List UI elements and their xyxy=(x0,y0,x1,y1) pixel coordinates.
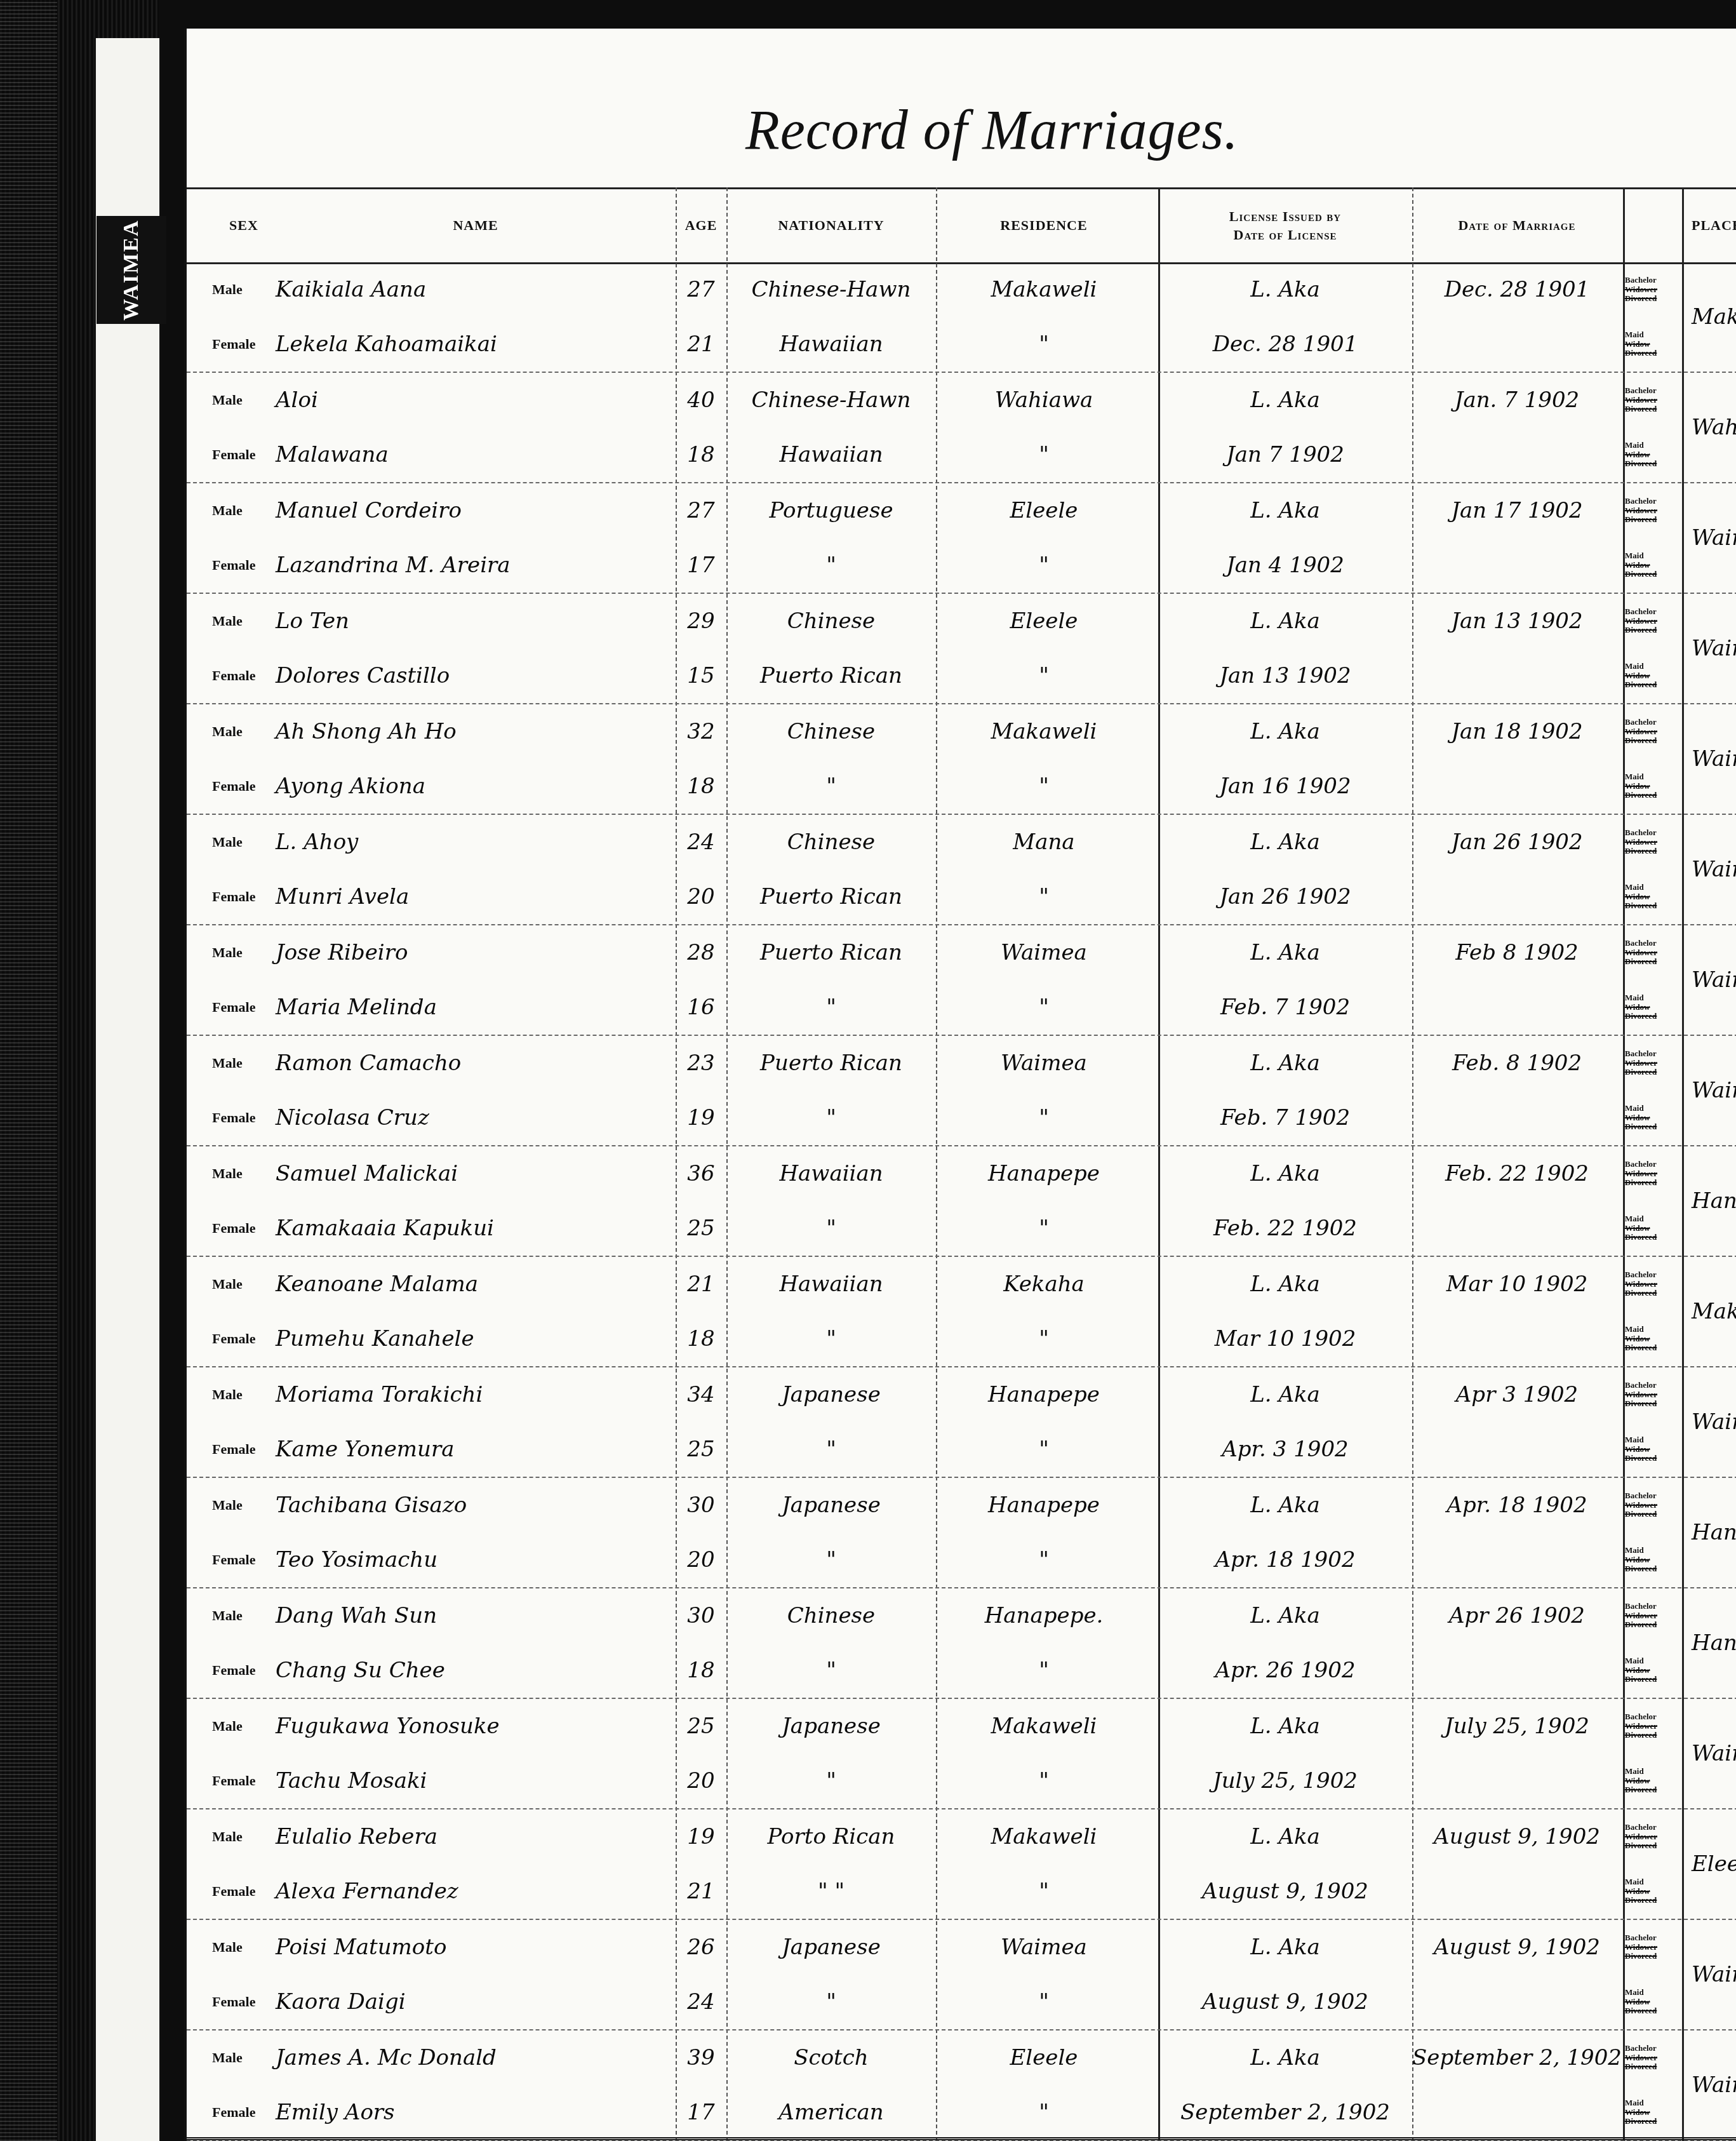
sex: Male xyxy=(212,1146,276,1201)
nationality: Chinese xyxy=(726,815,936,869)
groom-row: Male Jose Ribeiro 28 Puerto Rican Waimea… xyxy=(187,925,1736,980)
sex: Male xyxy=(212,1699,276,1754)
index-tab-strip xyxy=(94,38,161,2141)
status-option: Widower xyxy=(1625,1390,1682,1400)
date-of-license: Apr. 18 1902 xyxy=(1158,1533,1412,1587)
status-option: Divorced xyxy=(1625,1178,1682,1188)
status-option: Divorced xyxy=(1625,1122,1682,1132)
bride-row: Female Nicolasa Cruz 19 " " Feb. 7 1902 … xyxy=(187,1091,1736,1145)
age: 21 xyxy=(676,1864,726,1919)
status-option: Divorced xyxy=(1625,1952,1682,1961)
date-of-license: August 9, 1902 xyxy=(1158,1864,1412,1919)
status-option: Maid xyxy=(1625,1656,1682,1666)
status-option: Divorced xyxy=(1625,1068,1682,1077)
residence: Hanapepe xyxy=(936,1146,1152,1201)
age: 30 xyxy=(676,1588,726,1643)
sex: Female xyxy=(212,2085,276,2140)
date-of-license: Feb. 22 1902 xyxy=(1158,1201,1412,1256)
license-issued-by: L. Aka xyxy=(1158,925,1412,980)
sex: Male xyxy=(212,1036,276,1091)
age: 18 xyxy=(676,1312,726,1366)
date-of-license: Feb. 7 1902 xyxy=(1158,980,1412,1035)
status-option: Widower xyxy=(1625,285,1682,295)
bride-status-options: MaidWidowDivorced xyxy=(1625,1312,1682,1366)
header-residence: RESIDENCE xyxy=(936,189,1152,262)
date-of-marriage: Jan 18 1902 xyxy=(1412,704,1622,759)
status-option: Divorced xyxy=(1625,349,1682,358)
status-option: Widow xyxy=(1625,892,1682,902)
marriage-entry: Male Keanoane Malama 21 Hawaiian Kekaha … xyxy=(187,1257,1736,1367)
sex: Female xyxy=(212,1643,276,1698)
status-option: Maid xyxy=(1625,1546,1682,1555)
place-of-ceremony: Waimea xyxy=(1692,1920,1736,2029)
status-option: Maid xyxy=(1625,993,1682,1003)
age: 20 xyxy=(676,1754,726,1808)
status-option: Widow xyxy=(1625,1887,1682,1896)
date-of-license: Jan 4 1902 xyxy=(1158,538,1412,593)
nationality: Chinese xyxy=(726,1588,936,1643)
status-option: Maid xyxy=(1625,1325,1682,1334)
age: 39 xyxy=(676,2030,726,2085)
status-option: Divorced xyxy=(1625,791,1682,800)
status-option: Divorced xyxy=(1625,570,1682,579)
status-option: Bachelor xyxy=(1625,276,1682,285)
date-of-license: September 2, 1902 xyxy=(1158,2085,1412,2140)
bride-status-options: MaidWidowDivorced xyxy=(1625,759,1682,814)
sex: Female xyxy=(212,648,276,703)
status-option: Widower xyxy=(1625,948,1682,958)
sex: Female xyxy=(212,1975,276,2029)
date-of-license: Jan 13 1902 xyxy=(1158,648,1412,703)
nationality: " xyxy=(726,1091,936,1145)
residence: Eleele xyxy=(936,594,1152,648)
sex: Female xyxy=(212,317,276,372)
date-of-marriage: August 9, 1902 xyxy=(1412,1920,1622,1975)
residence: " xyxy=(936,2085,1152,2140)
status-option: Divorced xyxy=(1625,2006,1682,2016)
groom-status-options: BachelorWidowerDivorced xyxy=(1625,594,1682,648)
license-issued-by: L. Aka xyxy=(1158,1036,1412,1091)
license-issued-by: L. Aka xyxy=(1158,1588,1412,1643)
age: 24 xyxy=(676,815,726,869)
nationality: Hawaiian xyxy=(726,1146,936,1201)
age: 19 xyxy=(676,1809,726,1864)
date-of-marriage: Apr. 18 1902 xyxy=(1412,1478,1622,1533)
residence: Eleele xyxy=(936,483,1152,538)
bride-row: Female Maria Melinda 16 " " Feb. 7 1902 … xyxy=(187,980,1736,1035)
residence: " xyxy=(936,1312,1152,1366)
bride-row: Female Teo Yosimachu 20 " " Apr. 18 1902… xyxy=(187,1533,1736,1587)
status-option: Widow xyxy=(1625,1555,1682,1565)
status-option: Widower xyxy=(1625,1943,1682,1952)
status-option: Widower xyxy=(1625,1280,1682,1289)
residence: " xyxy=(936,980,1152,1035)
status-option: Divorced xyxy=(1625,901,1682,911)
residence: " xyxy=(936,1422,1152,1477)
bride-row: Female Emily Aors 17 American " Septembe… xyxy=(187,2085,1736,2140)
status-option: Widower xyxy=(1625,396,1682,405)
nationality: Hawaiian xyxy=(726,1257,936,1312)
groom-row: Male Dang Wah Sun 30 Chinese Hanapepe. L… xyxy=(187,1588,1736,1643)
place-of-ceremony: Makaweli xyxy=(1692,1257,1736,1366)
marriage-entry: Male L. Ahoy 24 Chinese Mana L. Aka Jan … xyxy=(187,815,1736,925)
sex: Female xyxy=(212,1312,276,1366)
header-date-of-marriage: Date of Marriage xyxy=(1412,189,1622,262)
residence: " xyxy=(936,538,1152,593)
groom-status-options: BachelorWidowerDivorced xyxy=(1625,1257,1682,1312)
groom-status-options: BachelorWidowerDivorced xyxy=(1625,2030,1682,2085)
status-option: Widow xyxy=(1625,1997,1682,2007)
header-license: License Issued by Date of License xyxy=(1158,189,1412,262)
groom-row: Male Ramon Camacho 23 Puerto Rican Waime… xyxy=(187,1036,1736,1091)
status-option: Bachelor xyxy=(1625,607,1682,617)
bride-row: Female Alexa Fernandez 21 " " " August 9… xyxy=(187,1864,1736,1919)
age: 16 xyxy=(676,980,726,1035)
nationality: Chinese-Hawn xyxy=(726,262,936,317)
sex: Male xyxy=(212,2030,276,2085)
nationality: Portuguese xyxy=(726,483,936,538)
status-option: Bachelor xyxy=(1625,1491,1682,1501)
nationality: Puerto Rican xyxy=(726,1036,936,1091)
residence: " xyxy=(936,1864,1152,1919)
bride-row: Female Lazandrina M. Areira 17 " " Jan 4… xyxy=(187,538,1736,593)
status-option: Bachelor xyxy=(1625,1933,1682,1943)
date-of-marriage: Mar 10 1902 xyxy=(1412,1257,1622,1312)
nationality: Chinese xyxy=(726,594,936,648)
marriage-entry: Male Ah Shong Ah Ho 32 Chinese Makaweli … xyxy=(187,704,1736,815)
residence: " xyxy=(936,869,1152,924)
groom-status-options: BachelorWidowerDivorced xyxy=(1625,815,1682,869)
nationality: " xyxy=(726,1643,936,1698)
status-option: Maid xyxy=(1625,1435,1682,1445)
place-of-ceremony: Waimea xyxy=(1692,815,1736,924)
residence: " xyxy=(936,1975,1152,2029)
sex: Male xyxy=(212,1478,276,1533)
date-of-marriage: Jan 13 1902 xyxy=(1412,594,1622,648)
license-issued-by: L. Aka xyxy=(1158,2030,1412,2085)
license-issued-by: L. Aka xyxy=(1158,373,1412,427)
sex: Female xyxy=(212,1091,276,1145)
status-option: Divorced xyxy=(1625,1399,1682,1409)
page-bottom-rule xyxy=(187,2137,1736,2140)
status-option: Divorced xyxy=(1625,2062,1682,2072)
bride-status-options: MaidWidowDivorced xyxy=(1625,1201,1682,1256)
date-of-license: July 25, 1902 xyxy=(1158,1754,1412,1808)
date-of-marriage: Feb. 8 1902 xyxy=(1412,1036,1622,1091)
status-option: Divorced xyxy=(1625,736,1682,746)
sex: Female xyxy=(212,1864,276,1919)
status-option: Widow xyxy=(1625,1445,1682,1454)
header-nationality: NATIONALITY xyxy=(726,189,936,262)
marriage-entry: Male Poisi Matumoto 26 Japanese Waimea L… xyxy=(187,1920,1736,2030)
groom-row: Male Lo Ten 29 Chinese Eleele L. Aka Jan… xyxy=(187,594,1736,648)
age: 15 xyxy=(676,648,726,703)
sex: Male xyxy=(212,815,276,869)
header-name: NAME xyxy=(276,189,676,262)
bride-status-options: MaidWidowDivorced xyxy=(1625,869,1682,924)
nationality: " xyxy=(726,538,936,593)
age: 28 xyxy=(676,925,726,980)
bride-status-options: MaidWidowDivorced xyxy=(1625,1091,1682,1145)
groom-row: Male Poisi Matumoto 26 Japanese Waimea L… xyxy=(187,1920,1736,1975)
age: 21 xyxy=(676,317,726,372)
status-option: Divorced xyxy=(1625,1454,1682,1463)
marriage-entry: Male Samuel Malickai 36 Hawaiian Hanapep… xyxy=(187,1146,1736,1257)
age: 18 xyxy=(676,1643,726,1698)
place-of-ceremony: Waimea xyxy=(1692,594,1736,703)
groom-status-options: BachelorWidowerDivorced xyxy=(1625,925,1682,980)
residence: Kekaha xyxy=(936,1257,1152,1312)
status-option: Divorced xyxy=(1625,1675,1682,1684)
marriage-entry: Male Dang Wah Sun 30 Chinese Hanapepe. L… xyxy=(187,1588,1736,1699)
age: 26 xyxy=(676,1920,726,1975)
date-of-license: Apr. 26 1902 xyxy=(1158,1643,1412,1698)
bride-status-options: MaidWidowDivorced xyxy=(1625,1643,1682,1698)
license-issued-by: L. Aka xyxy=(1158,1478,1412,1533)
status-option: Widower xyxy=(1625,1832,1682,1842)
nationality: Scotch xyxy=(726,2030,936,2085)
age: 27 xyxy=(676,262,726,317)
license-issued-by: L. Aka xyxy=(1158,815,1412,869)
license-issued-by: L. Aka xyxy=(1158,1257,1412,1312)
groom-status-options: BachelorWidowerDivorced xyxy=(1625,1146,1682,1201)
marriage-entry: Male Ramon Camacho 23 Puerto Rican Waime… xyxy=(187,1036,1736,1146)
age: 24 xyxy=(676,1975,726,2029)
groom-row: Male Fugukawa Yonosuke 25 Japanese Makaw… xyxy=(187,1699,1736,1754)
date-of-marriage: Jan. 7 1902 xyxy=(1412,373,1622,427)
status-option: Widow xyxy=(1625,340,1682,349)
status-option: Maid xyxy=(1625,1767,1682,1776)
sex: Male xyxy=(212,704,276,759)
residence: Waimea xyxy=(936,1920,1152,1975)
sex: Male xyxy=(212,1809,276,1864)
status-option: Widower xyxy=(1625,1722,1682,1731)
status-option: Maid xyxy=(1625,883,1682,892)
groom-row: Male Tachibana Gisazo 30 Japanese Hanape… xyxy=(187,1478,1736,1533)
status-option: Divorced xyxy=(1625,1289,1682,1298)
status-option: Bachelor xyxy=(1625,1823,1682,1832)
status-option: Bachelor xyxy=(1625,1049,1682,1059)
residence: Makaweli xyxy=(936,1699,1152,1754)
status-option: Divorced xyxy=(1625,1564,1682,1574)
sex: Male xyxy=(212,1367,276,1422)
bride-row: Female Tachu Mosaki 20 " " July 25, 1902… xyxy=(187,1754,1736,1808)
groom-status-options: BachelorWidowerDivorced xyxy=(1625,1036,1682,1091)
place-of-ceremony: Waimea xyxy=(1692,483,1736,593)
groom-status-options: BachelorWidowerDivorced xyxy=(1625,1478,1682,1533)
nationality: " xyxy=(726,1533,936,1587)
nationality: Puerto Rican xyxy=(726,869,936,924)
groom-row: Male Moriama Torakichi 34 Japanese Hanap… xyxy=(187,1367,1736,1422)
groom-status-options: BachelorWidowerDivorced xyxy=(1625,1809,1682,1864)
nationality: Puerto Rican xyxy=(726,648,936,703)
sex: Female xyxy=(212,1422,276,1477)
nationality: Hawaiian xyxy=(726,427,936,482)
date-of-marriage: Jan 17 1902 xyxy=(1412,483,1622,538)
bride-status-options: MaidWidowDivorced xyxy=(1625,648,1682,703)
status-option: Divorced xyxy=(1625,515,1682,525)
sex: Male xyxy=(212,483,276,538)
status-option: Widower xyxy=(1625,1501,1682,1510)
groom-row: Male Aloi 40 Chinese-Hawn Wahiawa L. Aka… xyxy=(187,373,1736,427)
status-option: Widow xyxy=(1625,782,1682,791)
status-option: Bachelor xyxy=(1625,497,1682,506)
bride-row: Female Kamakaaia Kapukui 25 " " Feb. 22 … xyxy=(187,1201,1736,1256)
residence: " xyxy=(936,317,1152,372)
license-issued-by: L. Aka xyxy=(1158,594,1412,648)
status-option: Maid xyxy=(1625,330,1682,340)
residence: " xyxy=(936,759,1152,814)
date-of-license: Dec. 28 1901 xyxy=(1158,317,1412,372)
status-option: Maid xyxy=(1625,551,1682,561)
tab-label-text: WAIMEA xyxy=(119,219,144,320)
age: 40 xyxy=(676,373,726,427)
status-option: Divorced xyxy=(1625,405,1682,414)
status-option: Maid xyxy=(1625,1988,1682,1997)
status-option: Divorced xyxy=(1625,1510,1682,1519)
status-option: Widow xyxy=(1625,450,1682,460)
sex: Female xyxy=(212,427,276,482)
status-option: Bachelor xyxy=(1625,386,1682,396)
residence: Wahiawa xyxy=(936,373,1152,427)
bride-row: Female Pumehu Kanahele 18 " " Mar 10 190… xyxy=(187,1312,1736,1366)
sex: Female xyxy=(212,1201,276,1256)
bride-status-options: MaidWidowDivorced xyxy=(1625,1422,1682,1477)
date-of-marriage: Apr 26 1902 xyxy=(1412,1588,1622,1643)
groom-status-options: BachelorWidowerDivorced xyxy=(1625,1367,1682,1422)
age: 23 xyxy=(676,1036,726,1091)
groom-row: Male Manuel Cordeiro 27 Portuguese Eleel… xyxy=(187,483,1736,538)
marriage-entry: Male Fugukawa Yonosuke 25 Japanese Makaw… xyxy=(187,1699,1736,1809)
residence: Makaweli xyxy=(936,704,1152,759)
date-of-marriage: Apr 3 1902 xyxy=(1412,1367,1622,1422)
residence: " xyxy=(936,1533,1152,1587)
date-of-marriage: July 25, 1902 xyxy=(1412,1699,1622,1754)
residence: Eleele xyxy=(936,2030,1152,2085)
residence: " xyxy=(936,1754,1152,1808)
nationality: " " xyxy=(726,1864,936,1919)
license-issued-by: L. Aka xyxy=(1158,704,1412,759)
place-of-ceremony: Hanapepe xyxy=(1692,1588,1736,1698)
date-of-marriage: September 2, 1902 xyxy=(1412,2030,1622,2085)
license-issued-by: L. Aka xyxy=(1158,1920,1412,1975)
nationality: " xyxy=(726,1975,936,2029)
age: 20 xyxy=(676,869,726,924)
residence: Waimea xyxy=(936,925,1152,980)
status-option: Divorced xyxy=(1625,847,1682,856)
nationality: Japanese xyxy=(726,1699,936,1754)
groom-status-options: BachelorWidowerDivorced xyxy=(1625,1699,1682,1754)
status-option: Widow xyxy=(1625,1666,1682,1675)
date-of-license: Feb. 7 1902 xyxy=(1158,1091,1412,1145)
age: 30 xyxy=(676,1478,726,1533)
age: 20 xyxy=(676,1533,726,1587)
date-of-marriage: Feb. 22 1902 xyxy=(1412,1146,1622,1201)
page-title: Record of Marriages. xyxy=(745,98,1239,163)
place-of-ceremony: Hanapepe xyxy=(1692,1146,1736,1256)
register-page: Record of Marriages. SEX NAME AGE NATION… xyxy=(184,29,1736,2141)
residence: Hanapepe xyxy=(936,1367,1152,1422)
marriage-entry: Male Kaikiala Aana 27 Chinese-Hawn Makaw… xyxy=(187,262,1736,373)
bride-status-options: MaidWidowDivorced xyxy=(1625,427,1682,482)
bride-status-options: MaidWidowDivorced xyxy=(1625,1975,1682,2029)
status-option: Widow xyxy=(1625,671,1682,681)
status-option: Divorced xyxy=(1625,680,1682,690)
residence: Makaweli xyxy=(936,1809,1152,1864)
age: 17 xyxy=(676,538,726,593)
date-of-marriage: August 9, 1902 xyxy=(1412,1809,1622,1864)
bride-status-options: MaidWidowDivorced xyxy=(1625,1864,1682,1919)
status-option: Maid xyxy=(1625,441,1682,450)
license-issued-by: L. Aka xyxy=(1158,1146,1412,1201)
column-header-row: SEX NAME AGE NATIONALITY RESIDENCE Licen… xyxy=(187,187,1736,264)
age: 34 xyxy=(676,1367,726,1422)
status-option: Divorced xyxy=(1625,1343,1682,1353)
residence: Hanapepe. xyxy=(936,1588,1152,1643)
age: 27 xyxy=(676,483,726,538)
groom-status-options: BachelorWidowerDivorced xyxy=(1625,704,1682,759)
place-of-ceremony: Waimea xyxy=(1692,1367,1736,1477)
bride-row: Female Munri Avela 20 Puerto Rican " Jan… xyxy=(187,869,1736,924)
status-option: Divorced xyxy=(1625,1785,1682,1795)
status-option: Widow xyxy=(1625,1334,1682,1344)
date-of-license: Jan 7 1902 xyxy=(1158,427,1412,482)
book-binding-edge xyxy=(0,0,57,2141)
sex: Female xyxy=(212,1754,276,1808)
place-of-ceremony: Wahiawa xyxy=(1692,373,1736,482)
status-option: Bachelor xyxy=(1625,718,1682,727)
groom-row: Male Eulalio Rebera 19 Porto Rican Makaw… xyxy=(187,1809,1736,1864)
index-tab-waimea[interactable]: WAIMEA xyxy=(97,216,166,324)
groom-row: Male Kaikiala Aana 27 Chinese-Hawn Makaw… xyxy=(187,262,1736,317)
date-of-license: Jan 16 1902 xyxy=(1158,759,1412,814)
age: 32 xyxy=(676,704,726,759)
status-option: Bachelor xyxy=(1625,1602,1682,1611)
status-option: Widower xyxy=(1625,1611,1682,1621)
groom-row: Male Samuel Malickai 36 Hawaiian Hanapep… xyxy=(187,1146,1736,1201)
residence: " xyxy=(936,1091,1152,1145)
sex: Male xyxy=(212,1588,276,1643)
status-option: Divorced xyxy=(1625,1012,1682,1021)
residence: " xyxy=(936,1201,1152,1256)
status-option: Maid xyxy=(1625,772,1682,782)
date-of-license: Jan 26 1902 xyxy=(1158,869,1412,924)
status-option: Divorced xyxy=(1625,459,1682,469)
header-place: PLACE OF C xyxy=(1692,189,1736,262)
status-option: Bachelor xyxy=(1625,1160,1682,1169)
status-option: Maid xyxy=(1625,662,1682,671)
sex: Male xyxy=(212,925,276,980)
status-option: Divorced xyxy=(1625,2117,1682,2126)
place-of-ceremony: Eleele xyxy=(1692,1809,1736,1919)
groom-row: Male Ah Shong Ah Ho 32 Chinese Makaweli … xyxy=(187,704,1736,759)
nationality: " xyxy=(726,1754,936,1808)
bride-row: Female Dolores Castillo 15 Puerto Rican … xyxy=(187,648,1736,703)
age: 18 xyxy=(676,759,726,814)
sex: Male xyxy=(212,594,276,648)
sex: Female xyxy=(212,759,276,814)
place-of-ceremony: Hanapepe xyxy=(1692,1478,1736,1587)
place-of-ceremony: Waimea xyxy=(1692,925,1736,1035)
groom-row: Male Keanoane Malama 21 Hawaiian Kekaha … xyxy=(187,1257,1736,1312)
status-option: Bachelor xyxy=(1625,1712,1682,1722)
nationality: " xyxy=(726,980,936,1035)
status-option: Widower xyxy=(1625,506,1682,516)
marriage-entry: Male Lo Ten 29 Chinese Eleele L. Aka Jan… xyxy=(187,594,1736,704)
groom-row: Male James A. Mc Donald 39 Scotch Eleele… xyxy=(187,2030,1736,2085)
age: 21 xyxy=(676,1257,726,1312)
license-issued-by: L. Aka xyxy=(1158,262,1412,317)
